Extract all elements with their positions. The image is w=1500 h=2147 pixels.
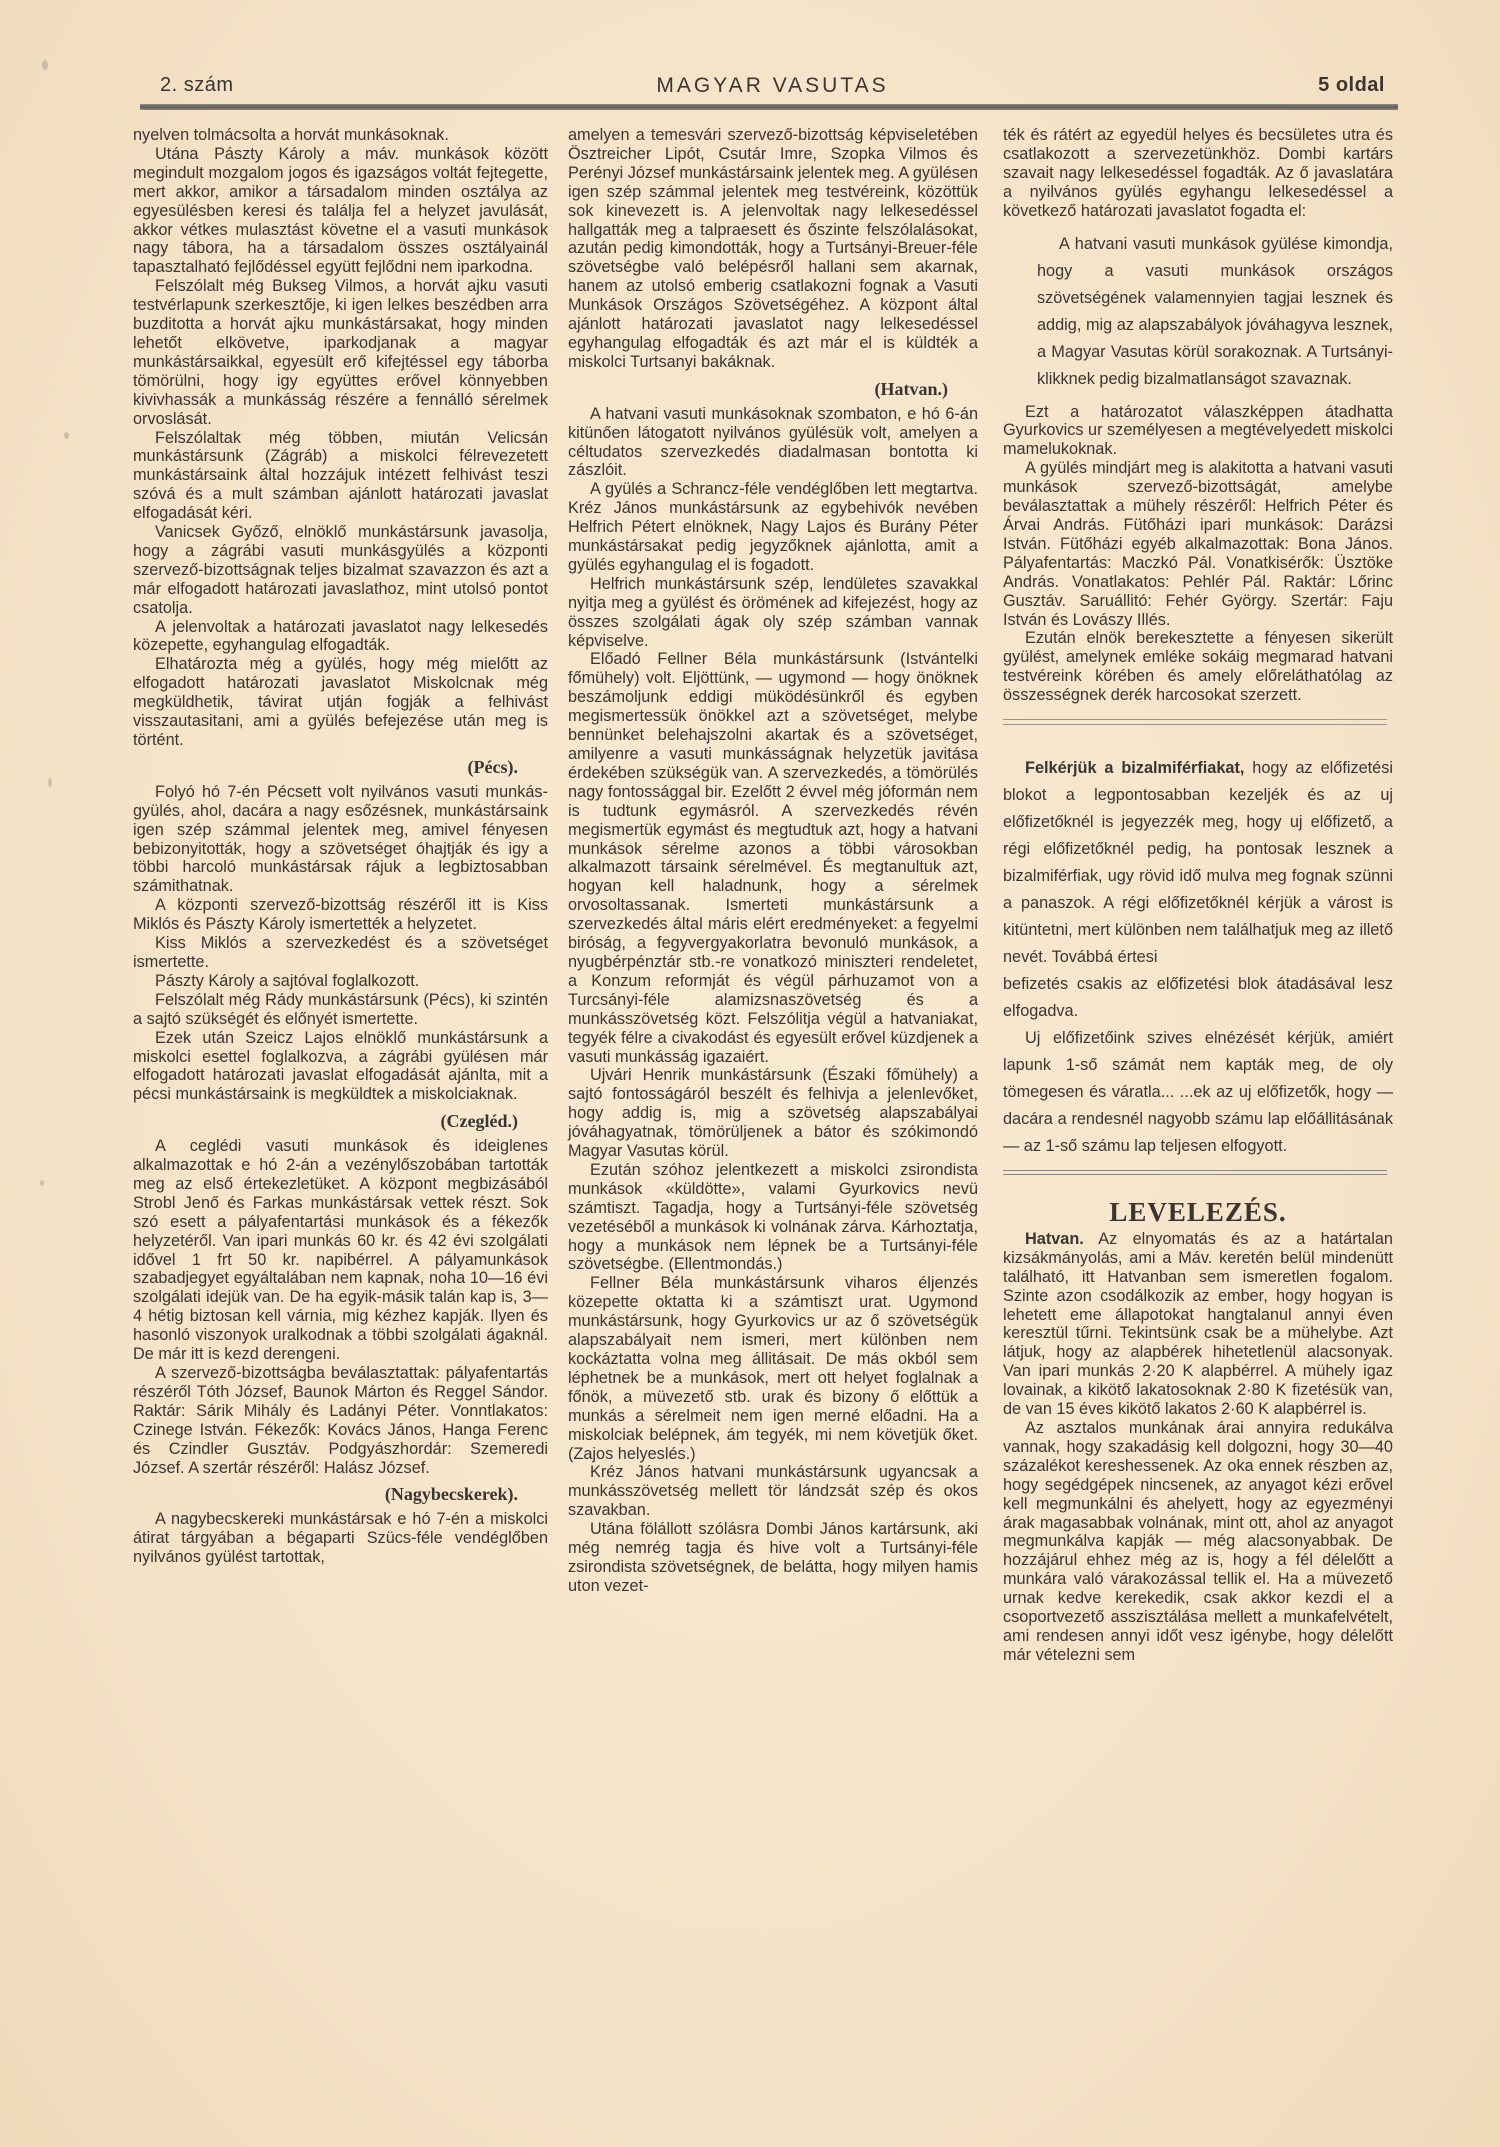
newspaper-page: 2. szám MAGYAR VASUTAS 5 oldal nyelven t… xyxy=(0,0,1500,2147)
paragraph: A gyülés a Schrancz-féle vendéglőben let… xyxy=(568,480,978,575)
paper-stain xyxy=(64,432,69,439)
paragraph: Felszólaltak még többen, miután Velicsán… xyxy=(133,429,548,524)
paragraph: A szervező-bizottságba beválasztattak: p… xyxy=(133,1364,548,1477)
column-left: nyelven tolmácsolta a horvát munkásoknak… xyxy=(133,126,548,1567)
paragraph: A nagybecskereki munkástársak e hó 7-én … xyxy=(133,1510,548,1567)
dateline-pecs: (Pécs). xyxy=(133,758,518,777)
paragraph: A gyülés mindjárt meg is alakitotta a ha… xyxy=(1003,459,1393,629)
paragraph: Ezután elnök berekesztette a fényesen si… xyxy=(1003,629,1393,705)
paragraph: Utána Pászty Károly a máv. munkások közö… xyxy=(133,145,548,277)
paragraph: A központi szervező-bizottság részéről i… xyxy=(133,896,548,934)
dateline-czegled: (Czegléd.) xyxy=(133,1112,518,1131)
notice-paragraph: Uj előfizetőink szives elnézését kérjük,… xyxy=(1003,1025,1393,1160)
section-title-levelezes: LEVELEZÉS. xyxy=(1003,1203,1393,1222)
resolution-text: A hatvani vasuti munkások gyülése kimond… xyxy=(1037,231,1393,393)
subscription-notice: Felkérjük a bizalmiférfiakat, hogy az el… xyxy=(1003,755,1393,1160)
resolution-quote: A hatvani vasuti munkások gyülése kimond… xyxy=(1037,231,1393,393)
paragraph: Fellner Béla munkástársunk viharos éljen… xyxy=(568,1274,978,1463)
paragraph: Utána fölállott szólásra Dombi János kar… xyxy=(568,1520,978,1596)
column-middle: amelyen a temesvári szervező-bizottság k… xyxy=(568,126,978,1596)
paper-stain xyxy=(40,1180,44,1186)
paragraph: Ujvári Henrik munkástársunk (Északi főmü… xyxy=(568,1066,978,1161)
paragraph: A ceglédi vasuti munkások és ideiglenes … xyxy=(133,1137,548,1364)
section-divider xyxy=(1003,719,1387,725)
dateline-hatvan: (Hatvan.) xyxy=(568,380,948,399)
paragraph: Folyó hó 7-én Pécsett volt nyilvános vas… xyxy=(133,783,548,896)
paragraph: amelyen a temesvári szervező-bizottság k… xyxy=(568,126,978,372)
page-number: 5 oldal xyxy=(1318,74,1385,97)
paragraph: Felszólalt még Rády munkástársunk (Pécs)… xyxy=(133,991,548,1029)
paragraph: Elhatározta még a gyülés, hogy még mielő… xyxy=(133,655,548,750)
newspaper-title: MAGYAR VASUTAS xyxy=(656,74,888,98)
paper-stain xyxy=(42,60,48,70)
notice-paragraph: befizetés csakis az előfizetési blok áta… xyxy=(1003,971,1393,1025)
notice-body: hogy az előfizetési blokot a legpontosab… xyxy=(1003,759,1393,966)
dateline-hatvan-letter: Hatvan. xyxy=(1025,1230,1084,1248)
paragraph: ték és rátért az egyedül helyes és becsü… xyxy=(1003,126,1393,221)
issue-number: 2. szám xyxy=(160,74,234,97)
paragraph: Helfrich munkástársunk szép, lendületes … xyxy=(568,575,978,651)
paragraph: Pászty Károly a sajtóval foglalkozott. xyxy=(133,972,548,991)
paragraph: Ezután szóhoz jelentkezett a miskolci zs… xyxy=(568,1161,978,1274)
paragraph: Ezt a határozatot válaszképpen átadhatta… xyxy=(1003,403,1393,460)
paragraph: Vanicsek Győző, elnöklő munkástársunk ja… xyxy=(133,523,548,618)
paragraph: A jelenvoltak a határozati javaslatot na… xyxy=(133,618,548,656)
paragraph: Előadó Fellner Béla munkástársunk (Istvá… xyxy=(568,650,978,1066)
dateline-nagybecskerek: (Nagybecskerek). xyxy=(133,1485,518,1504)
letter-body: Az elnyomatás és az a határtalan kizsákm… xyxy=(1003,1230,1393,1418)
page-header: 2. szám MAGYAR VASUTAS 5 oldal xyxy=(160,74,1385,104)
section-divider xyxy=(1003,1170,1387,1175)
paragraph: Ezek után Szeicz Lajos elnöklő munkástár… xyxy=(133,1029,548,1105)
column-right: ték és rátért az egyedül helyes és becsü… xyxy=(1003,126,1393,1665)
paragraph: nyelven tolmácsolta a horvát munkásoknak… xyxy=(133,126,548,145)
notice-lead: Felkérjük a bizalmiférfiakat, xyxy=(1025,759,1244,777)
paragraph: Felszólalt még Bukseg Vilmos, a horvát a… xyxy=(133,277,548,428)
paragraph: Kréz János hatvani munkástársunk ugyancs… xyxy=(568,1463,978,1520)
paragraph: A hatvani vasuti munkásoknak szombaton, … xyxy=(568,405,978,481)
paragraph: Kiss Miklós a szervezkedést és a szövets… xyxy=(133,934,548,972)
paragraph: Az asztalos munkának árai annyira reduká… xyxy=(1003,1419,1393,1665)
paper-stain xyxy=(48,778,52,787)
header-rule xyxy=(140,104,1398,110)
